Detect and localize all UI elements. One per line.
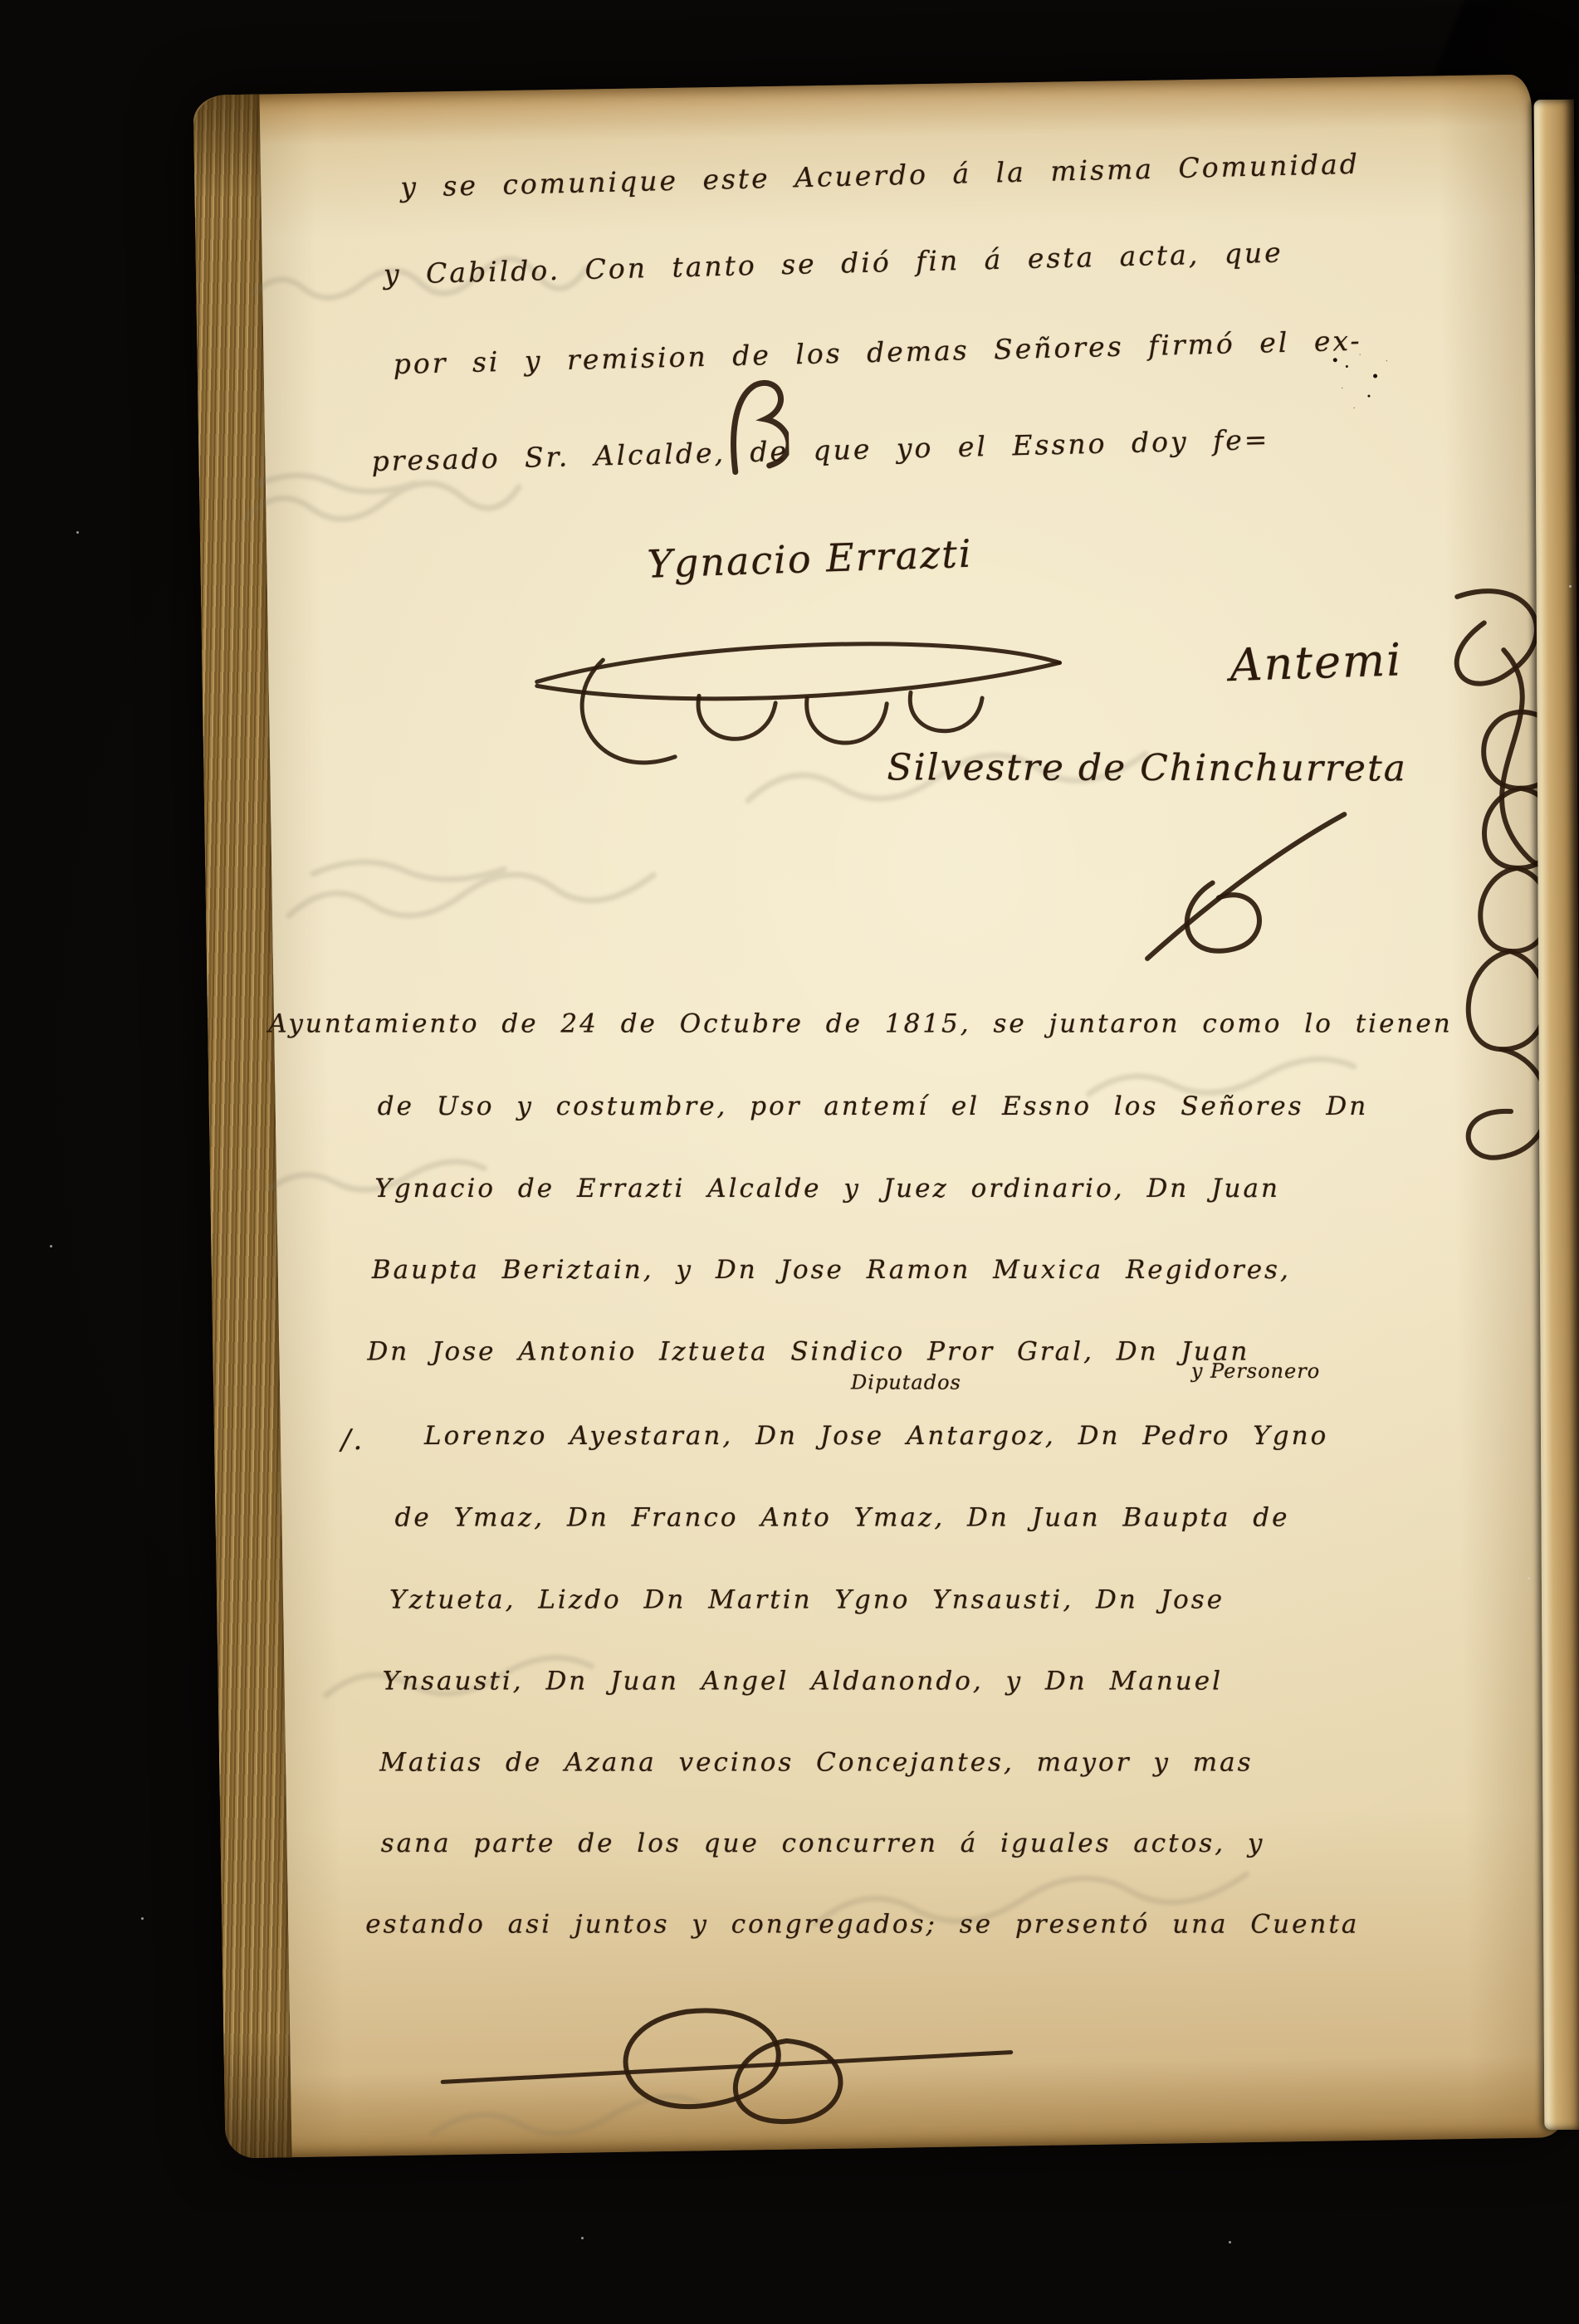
- closing-line-1: y se comunique este Acuerdo á la misma C…: [400, 148, 1360, 203]
- dust-speck: [1569, 585, 1572, 588]
- dust-speck: [1229, 2241, 1231, 2243]
- entry-line-10: Matias de Azana vecinos Concejantes, may…: [379, 1747, 1253, 1777]
- alcalde-signature-text: Ygnacio Errazti: [647, 531, 974, 587]
- dust-speck: [1528, 1577, 1530, 1579]
- closing-line-4: presado Sr. Alcalde, de que yo el Essno …: [371, 423, 1270, 477]
- entry-line-5: Dn Jose Antonio Iztueta Sindico Pror Gra…: [367, 1336, 1249, 1366]
- photo-background: y se comunique este Acuerdo á la misma C…: [0, 0, 1579, 2324]
- bleedthrough-mark: [280, 834, 713, 957]
- entry-line-7: de Ymaz, Dn Franco Anto Ymaz, Dn Juan Ba…: [395, 1503, 1290, 1533]
- dust-speck: [581, 2237, 584, 2239]
- entry-line-12: estando asi juntos y congregados; se pre…: [365, 1909, 1359, 1939]
- entry-line-11: sana parte de los que concurren á iguale…: [381, 1828, 1265, 1858]
- entry-line-1: Ayuntamiento de 24 de Octubre de 1815, s…: [268, 1008, 1452, 1038]
- escribano-understroke-flourish: [1132, 802, 1359, 971]
- closing-rubric-flourish: [429, 1985, 1029, 2136]
- interlinear-y-personero: y Personero: [1191, 1360, 1320, 1383]
- entry-line-2: de Uso y costumbre, por antemí el Essno …: [378, 1091, 1368, 1121]
- entry-line-3: Ygnacio de Errazti Alcalde y Juez ordina…: [374, 1174, 1280, 1203]
- dust-speck: [50, 1245, 52, 1247]
- margin-mark: /.: [341, 1423, 364, 1457]
- interlinear-diputados: Diputados: [851, 1370, 961, 1394]
- closing-line-3: por si y remision de los demas Señores f…: [393, 325, 1362, 381]
- manuscript-page: y se comunique este Acuerdo á la misma C…: [193, 74, 1564, 2158]
- dust-speck: [141, 1917, 144, 1920]
- entry-line-4: Baupta Beriztain, y Dn Jose Ramon Muxica…: [372, 1255, 1291, 1285]
- escribano-signature-text: Silvestre de Chinchurreta: [887, 746, 1407, 789]
- capital-flourish: [709, 373, 789, 478]
- dust-speck: [76, 531, 79, 534]
- entry-line-8: Yztueta, Lizdo Dn Martin Ygno Ynsausti, …: [389, 1584, 1225, 1614]
- ink-spatter: [1333, 358, 1337, 362]
- entry-line-6: Lorenzo Ayestaran, Dn Jose Antargoz, Dn …: [424, 1421, 1328, 1451]
- entry-line-9: Ynsausti, Dn Juan Angel Aldanondo, y Dn …: [383, 1667, 1223, 1697]
